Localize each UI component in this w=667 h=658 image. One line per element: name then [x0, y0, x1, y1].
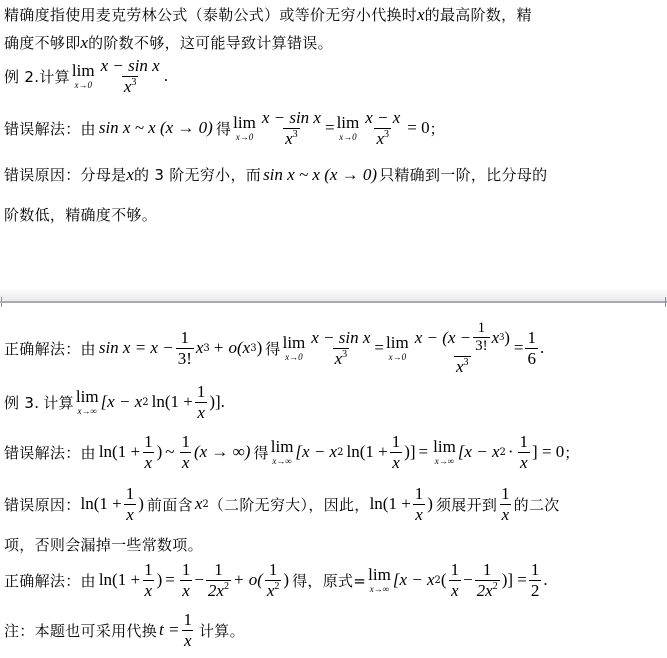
fraction: 1 x: [142, 432, 155, 472]
expansion-lhs: sin x = x −: [99, 338, 174, 358]
ln-text: ln(1 +: [152, 392, 193, 412]
lim-subscript: x→0: [389, 353, 407, 362]
fraction: 1 x: [181, 610, 194, 650]
fraction: x − (x − 1 3! x3) x3: [413, 320, 512, 376]
section-label: 错误解法：: [4, 118, 81, 139]
numerator: x − (x − 1 3! x3): [413, 320, 512, 356]
denominator: 6: [525, 348, 538, 369]
variable-x: x: [81, 33, 89, 53]
numerator: 1: [142, 432, 155, 452]
numerator: 1: [529, 560, 542, 580]
example-verb: 计算: [39, 66, 70, 87]
equals: =: [325, 118, 335, 138]
numerator: x − sin x: [260, 108, 323, 128]
inner-fraction: 1 3!: [473, 320, 490, 356]
reason-text: 阶数低，精确度不够。: [4, 204, 157, 225]
note-text: 本题也可采用代换: [35, 620, 157, 641]
paren: ): [257, 338, 263, 358]
lim-text: lim: [368, 566, 391, 583]
fraction: x − sin x x3: [260, 108, 323, 148]
get-text: 得，: [292, 570, 323, 591]
exponent: 2: [500, 447, 506, 458]
reason-text: 分母是: [81, 164, 127, 185]
reason-text: 前面含: [147, 494, 193, 515]
limit-operator: lim x→∞: [368, 566, 391, 594]
get-text: 得: [216, 118, 231, 139]
ln-text: ln(1 +: [99, 442, 140, 462]
dot: ·: [508, 442, 514, 462]
variable-x: x: [126, 165, 134, 185]
ln-text: ln(1 +: [81, 494, 122, 514]
numerator: 1: [124, 484, 137, 504]
denominator: x: [500, 504, 512, 525]
by-text: 由: [81, 338, 96, 359]
denominator: x: [124, 504, 136, 525]
reason-text: 的 3 阶无穷小，而: [134, 164, 261, 185]
lim-subscript: x→0: [74, 81, 92, 90]
fraction: x − x x3: [363, 108, 402, 148]
numerator: 1: [180, 560, 193, 580]
fraction: 1 x: [449, 560, 462, 600]
reason-text: （二阶无穷大），因此，: [209, 494, 370, 515]
wrong-reason-2-line-2: 阶数低，精确度不够。: [4, 204, 157, 225]
numerator: 1: [195, 382, 208, 402]
section-label: 错误原因：: [4, 164, 81, 185]
period: .: [164, 66, 168, 86]
reason-text: 须展开到: [436, 494, 497, 515]
fraction: 1 x: [142, 560, 155, 600]
period: .: [543, 570, 547, 590]
numerator: 1: [212, 560, 225, 580]
fraction: 1 x2: [265, 560, 282, 600]
intro-text-end: 的最高阶数，精: [425, 4, 532, 25]
lim-text: lim: [76, 388, 99, 405]
closing: )].: [209, 392, 225, 412]
limit-operator: lim x→0: [337, 114, 360, 142]
note-text: 计算。: [199, 620, 245, 641]
page-break-right-marker: [665, 297, 666, 307]
numerator: 1: [179, 432, 192, 452]
paren: ): [427, 494, 433, 514]
exponent: 2: [142, 397, 148, 408]
paren: ): [504, 328, 510, 348]
denominator: x: [390, 452, 402, 473]
lim-subscript: x→∞: [370, 585, 389, 594]
note: 注： 本题也可采用代换 t = 1 x 计算。: [4, 610, 245, 650]
denominator: x3: [454, 356, 471, 377]
lim-text: lim: [283, 334, 306, 351]
lim-subscript: x→0: [236, 133, 254, 142]
limit-operator: lim x→0: [386, 334, 409, 362]
example-3: 例 3. 计算 lim x→∞ [x − x2 ln(1 + 1 x )].: [4, 382, 225, 422]
get-text: 得: [253, 442, 268, 463]
fraction: 1 x: [390, 432, 403, 472]
fraction: 1 2x2: [475, 560, 500, 600]
exponent: 2: [337, 447, 343, 458]
limit-operator: lim x→0: [72, 62, 95, 90]
numerator: 1: [142, 560, 155, 580]
equivalence: sin x ~ x (x → 0): [263, 165, 377, 185]
intro-text: 的阶数不够，这可能导致计算错误。: [88, 32, 333, 53]
intro-paragraph-line-1: 精确度指使用麦克劳林公式（泰勒公式）或等价无穷小代换时 x 的最高阶数，精: [4, 4, 532, 25]
fraction: x − sin x x3: [99, 56, 162, 96]
denominator: x2: [265, 580, 282, 601]
intro-text: 确度不够即: [4, 32, 81, 53]
numerator: x − sin x: [99, 56, 162, 76]
numerator: 1: [267, 560, 280, 580]
denominator: x: [180, 580, 192, 601]
section-label: 正确解法：: [4, 338, 81, 359]
fraction: 1 x: [124, 484, 137, 524]
minus: −: [463, 570, 473, 590]
by-text: 由: [81, 442, 96, 463]
example-label: 例 3.: [4, 392, 39, 413]
reason-text: 的二次: [514, 494, 560, 515]
denominator: x: [180, 452, 192, 473]
expr: [x − x: [458, 442, 500, 462]
den-exponent: 3: [384, 129, 389, 140]
paren: ): [283, 570, 289, 590]
paren: (: [441, 570, 447, 590]
wrong-reason-3: 错误原因： ln(1 + 1 x ) 前面含 x2 （二阶无穷大），因此， ln…: [4, 484, 560, 524]
fraction: 1 x: [195, 382, 208, 422]
denominator: x3: [122, 76, 139, 97]
semicolon: ；: [564, 442, 579, 463]
denominator: 2x2: [475, 580, 500, 601]
den-exponent: 2: [224, 581, 229, 592]
fraction: 1 x: [499, 484, 512, 524]
intro-text: 精确度指使用麦克劳林公式（泰勒公式）或等价无穷小代换时: [4, 4, 417, 25]
term-x: x: [196, 338, 204, 358]
result-fraction: 1 6: [525, 328, 538, 368]
section-label: 错误解法：: [4, 442, 81, 463]
fraction: 1 x: [180, 560, 193, 600]
by-text: 由: [81, 118, 96, 139]
den-exponent: 3: [131, 77, 136, 88]
variable-x: x: [195, 494, 203, 514]
den-exponent: 3: [464, 357, 469, 368]
lim-subscript: x→∞: [78, 407, 97, 416]
den-exponent: 3: [293, 129, 298, 140]
lim-text: lim: [271, 438, 294, 455]
by-text: 由: [81, 570, 96, 591]
denominator: x3: [283, 128, 300, 149]
den-base: x: [376, 129, 384, 148]
numerator: 1: [181, 610, 194, 630]
ln-text: ln(1 +: [370, 494, 411, 514]
numerator: 1: [390, 432, 403, 452]
paren: ): [138, 494, 144, 514]
den-base: 2x: [477, 581, 493, 600]
closing: )] =: [502, 570, 527, 590]
denominator: x: [182, 630, 194, 651]
lim-text: lim: [433, 438, 456, 455]
den-base: 2x: [208, 581, 224, 600]
original-expression-label: 原式=: [323, 570, 366, 591]
numerator: 1: [525, 328, 538, 348]
section-label: 错误原因：: [4, 494, 81, 515]
tilde: ~: [165, 442, 174, 462]
denominator: 2: [529, 580, 542, 601]
denominator: 3!: [176, 348, 194, 369]
example-2: 例 2. 计算 lim x→0 x − sin x x3 .: [4, 56, 168, 96]
result: ] = 0: [532, 442, 564, 462]
term-x: x: [492, 328, 500, 348]
lim-text: lim: [386, 334, 409, 351]
closing: )]: [404, 442, 415, 462]
numerator: 1: [481, 560, 494, 580]
den-exponent: 3: [342, 349, 347, 360]
note-label: 注：: [4, 620, 35, 641]
denominator: x3: [333, 348, 350, 369]
condition: (x → ∞): [194, 442, 251, 462]
numerator: 1: [476, 320, 488, 337]
wrong-reason-3-line-2: 项，否则会漏掉一些常数项。: [4, 534, 203, 555]
equals: =: [419, 442, 429, 462]
den-base: x: [335, 349, 343, 368]
equals: =: [165, 570, 175, 590]
lim-subscript: x→0: [285, 353, 303, 362]
wrong-solution-2: 错误解法： 由 sin x ~ x (x → 0) 得 lim x→0 x − …: [4, 108, 445, 148]
substitution: t =: [159, 620, 179, 640]
ln-text: ln(1 +: [346, 442, 387, 462]
paren: ): [157, 442, 163, 462]
equals: =: [374, 338, 384, 358]
equals: =: [514, 338, 524, 358]
denominator: x3: [374, 128, 391, 149]
wrong-solution-3: 错误解法： 由 ln(1 + 1 x ) ~ 1 x (x → ∞) 得 lim…: [4, 432, 580, 472]
lim-subscript: x→0: [339, 133, 357, 142]
den-base: x: [285, 129, 293, 148]
denominator: x: [413, 504, 425, 525]
equivalence: sin x ~ x (x → 0): [99, 118, 213, 138]
correct-solution-3: 正确解法： 由 ln(1 + 1 x ) = 1 x − 1 2x2 + o( …: [4, 560, 548, 600]
num-text: x − (x −: [415, 328, 471, 348]
den-exponent: 2: [493, 581, 498, 592]
fraction: 1 x: [179, 432, 192, 472]
reason-text: 只精确到一阶，比分母的: [379, 164, 547, 185]
expr: [x − x: [101, 392, 143, 412]
limit-operator: lim x→∞: [76, 388, 99, 416]
get-text: 得: [265, 338, 280, 359]
limit-operator: lim x→0: [283, 334, 306, 362]
lim-text: lim: [233, 114, 256, 131]
variable-x: x: [417, 5, 425, 25]
fraction: x − sin x x3: [309, 328, 372, 368]
denominator: x: [143, 580, 155, 601]
limit-operator: lim x→∞: [433, 438, 456, 466]
numerator: 1: [449, 560, 462, 580]
correct-solution-2: 正确解法： 由 sin x = x − 1 3! x3 + o(x3) 得 li…: [4, 320, 544, 376]
numerator: x − sin x: [309, 328, 372, 348]
fraction: 1 x: [413, 484, 426, 524]
exponent: 3: [203, 343, 209, 354]
fraction: 1 2x2: [206, 560, 231, 600]
fraction: 1 x: [518, 432, 531, 472]
denominator: x: [518, 452, 530, 473]
page-break-rule: [0, 301, 667, 303]
page-break-separator: [0, 288, 667, 302]
denominator: x: [143, 452, 155, 473]
section-label: 正确解法：: [4, 570, 81, 591]
example-verb: 计算: [43, 392, 74, 413]
result-fraction: 1 2: [529, 560, 542, 600]
lim-text: lim: [72, 62, 95, 79]
fraction: 1 3!: [176, 328, 194, 368]
reason-text: 项，否则会漏掉一些常数项。: [4, 534, 203, 555]
example-label: 例 2.: [4, 66, 39, 87]
period: .: [540, 338, 544, 358]
denominator: x: [195, 402, 207, 423]
limit-operator: lim x→∞: [271, 438, 294, 466]
intro-paragraph-line-2: 确度不够即 x 的阶数不够，这可能导致计算错误。: [4, 32, 333, 53]
den-base: x: [456, 357, 464, 376]
wrong-reason-2: 错误原因： 分母是 x 的 3 阶无穷小，而 sin x ~ x (x → 0)…: [4, 164, 547, 185]
lim-subscript: x→∞: [272, 457, 291, 466]
paren: ): [157, 570, 163, 590]
numerator: 1: [499, 484, 512, 504]
numerator: 1: [413, 484, 426, 504]
minus: −: [194, 570, 204, 590]
expr: [x − x: [393, 570, 435, 590]
numerator: 1: [179, 328, 192, 348]
numerator: 1: [518, 432, 531, 452]
numerator: x − x: [363, 108, 402, 128]
denominator: 2x2: [206, 580, 231, 601]
semicolon: ；: [430, 118, 445, 139]
denominator: 3!: [473, 337, 490, 355]
limit-operator: lim x→0: [233, 114, 256, 142]
lim-text: lim: [337, 114, 360, 131]
little-o: + o(: [233, 570, 263, 590]
denominator: x: [449, 580, 461, 601]
expr: [x − x: [295, 442, 337, 462]
little-o: + o(x: [213, 338, 250, 358]
lim-subscript: x→∞: [435, 457, 454, 466]
ln-text: ln(1 +: [99, 570, 140, 590]
den-exponent: 2: [274, 581, 279, 592]
result: = 0: [407, 118, 429, 138]
